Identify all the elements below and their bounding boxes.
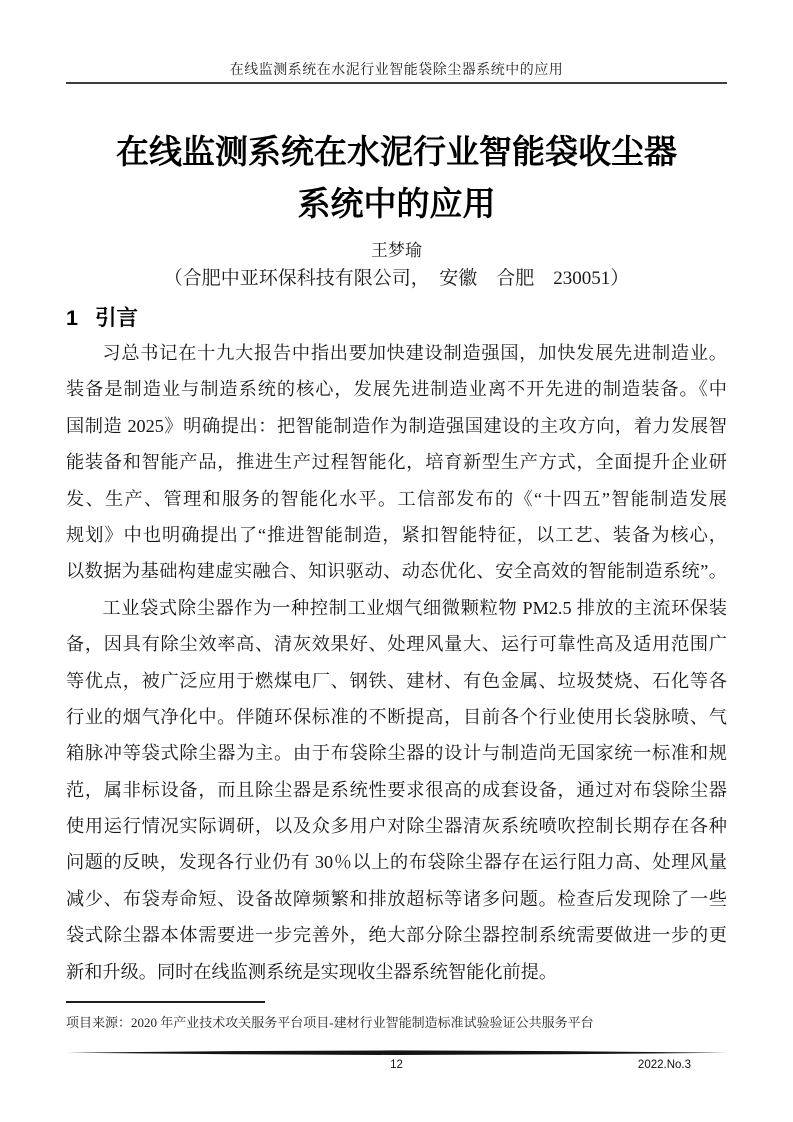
body-line: 等优点，被广泛应用于燃煤电厂、钢铁、建材、有色金属、垃圾焚烧、石化等各 [66, 663, 727, 699]
body-line: 问题的反映，发现各行业仍有 30％以上的布袋除尘器存在运行阻力高、处理风量 [66, 844, 727, 880]
section-heading-1: 1引言 [66, 305, 138, 331]
body-line: 新和升级。同时在线监测系统是实现收尘器系统智能化前提。 [66, 954, 727, 990]
footnote-divider-line [66, 1001, 265, 1003]
footnote-text: 项目来源：2020 年产业技术攻关服务平台项目-建材行业智能制造标准试验验证公共… [66, 1014, 766, 1031]
article-title-line1: 在线监测系统在水泥行业智能袋收尘器 [40, 126, 753, 178]
body-line: 范，属非标设备，而且除尘器是系统性要求很高的成套设备，通过对布袋除尘器 [66, 772, 727, 808]
body-line: 国制造 2025》明确提出：把智能制造作为制造强国建设的主攻方向，着力发展智 [66, 408, 727, 444]
body-line: 规划》中也明确提出了“推进智能制造，紧扣智能特征，以工艺、装备为核心， [66, 517, 727, 553]
issue-label: 2022.No.3 [638, 1058, 691, 1072]
body-line: 能装备和智能产品，推进生产过程智能化，培育新型生产方式，全面提升企业研 [66, 444, 727, 480]
body-line: 备，因具有除尘效率高、清灰效果好、处理风量大、运行可靠性高及适用范围广 [66, 626, 727, 662]
body-line: 装备是制造业与制造系统的核心，发展先进制造业离不开先进的制造装备。《中 [66, 371, 727, 407]
body-line: 以数据为基础构建虚实融合、知识驱动、动态优化、安全高效的智能制造系统”。 [66, 553, 727, 589]
body-line: 发、生产、管理和服务的智能化水平。工信部发布的《“十四五”智能制造发展 [66, 481, 727, 517]
article-title-line2: 系统中的应用 [40, 178, 753, 230]
body-line: 箱脉冲等袋式除尘器为主。由于布袋除尘器的设计与制造尚无国家统一标准和规 [66, 735, 727, 771]
body-line: 减少、布袋寿命短、设备故障频繁和排放超标等诸多问题。检查后发现除了一些 [66, 881, 727, 917]
running-header-title: 在线监测系统在水泥行业智能袋除尘器系统中的应用 [0, 62, 793, 79]
body-text: 习总书记在十九大报告中指出要加快建设制造强国，加快发展先进制造业。 装备是制造业… [66, 335, 727, 990]
body-line: 工业袋式除尘器作为一种控制工业烟气细微颗粒物 PM2.5 排放的主流环保装 [66, 590, 727, 626]
document-page: 在线监测系统在水泥行业智能袋除尘器系统中的应用 在线监测系统在水泥行业智能袋收尘… [0, 0, 793, 1122]
body-line: 袋式除尘器本体需要进一步完善外，绝大部分除尘器控制系统需要做进一步的更 [66, 917, 727, 953]
header-divider-line [66, 82, 727, 84]
author-affiliation: （合肥中亚环保科技有限公司， 安徽 合肥 230051） [0, 268, 793, 290]
body-line: 习总书记在十九大报告中指出要加快建设制造强国，加快发展先进制造业。 [66, 335, 727, 371]
section-title: 引言 [95, 306, 138, 330]
author-name: 王梦瑜 [0, 241, 793, 260]
body-line: 行业的烟气净化中。伴随环保标准的不断提高，目前各个行业使用长袋脉喷、气 [66, 699, 727, 735]
footer-divider-line [66, 1050, 727, 1056]
section-number: 1 [66, 305, 78, 331]
article-title: 在线监测系统在水泥行业智能袋收尘器 系统中的应用 [40, 126, 753, 230]
body-line: 使用运行情况实际调研，以及众多用户对除尘器清灰系统喷吹控制长期存在各种 [66, 808, 727, 844]
